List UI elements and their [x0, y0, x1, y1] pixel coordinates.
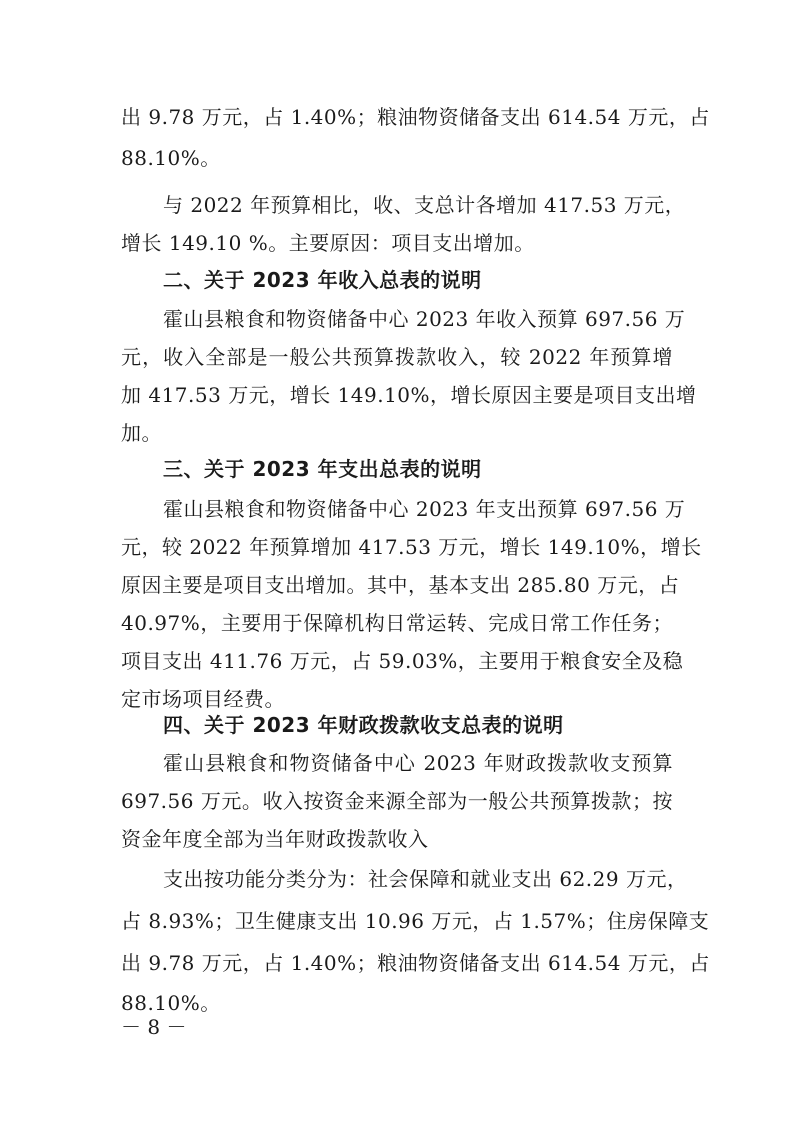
body-text-line: 与 2022 年预算相比，收、支总计各增加 417.53 万元，	[163, 191, 673, 219]
body-text-line: 项目支出 411.76 万元，占 59.03%，主要用于粮食安全及稳	[121, 647, 673, 675]
body-text-line: 加 417.53 万元，增长 149.10%，增长原因主要是项目支出增	[121, 381, 673, 409]
body-text-line: 697.56 万元。收入按资金来源全部为一般公共预算拨款；按	[121, 787, 673, 815]
body-text-line: 出 9.78 万元，占 1.40%；粮油物资储备支出 614.54 万元，占	[121, 103, 673, 131]
section-heading-expenditure: 三、关于 2023 年支出总表的说明	[163, 455, 482, 483]
body-text-line: 元，较 2022 年预算增加 417.53 万元，增长 149.10%，增长	[121, 533, 673, 561]
body-text-line: 霍山县粮食和物资储备中心 2023 年支出预算 697.56 万	[163, 495, 673, 523]
page-number: － 8 －	[121, 1013, 186, 1041]
body-text-line: 88.10%。	[121, 144, 673, 172]
body-text-line: 加。	[121, 419, 673, 447]
body-text-line: 增长 149.10 %。主要原因：项目支出增加。	[121, 229, 673, 257]
body-text-line: 定市场项目经费。	[121, 685, 673, 713]
section-heading-income: 二、关于 2023 年收入总表的说明	[163, 266, 482, 294]
body-text-line: 元，收入全部是一般公共预算拨款收入，较 2022 年预算增	[121, 343, 673, 371]
body-text-line: 霍山县粮食和物资储备中心 2023 年收入预算 697.56 万	[163, 305, 673, 333]
body-text-line: 88.10%。	[121, 989, 673, 1017]
body-text-line: 原因主要是项目支出增加。其中，基本支出 285.80 万元，占	[121, 571, 673, 599]
body-text-line: 占 8.93%；卫生健康支出 10.96 万元，占 1.57%；住房保障支	[121, 907, 673, 935]
body-text-line: 支出按功能分类分为：社会保障和就业支出 62.29 万元，	[163, 865, 673, 893]
section-heading-fiscal-appropriation: 四、关于 2023 年财政拨款收支总表的说明	[163, 711, 564, 739]
document-page: 出 9.78 万元，占 1.40%；粮油物资储备支出 614.54 万元，占 8…	[0, 0, 793, 1122]
body-text-line: 资金年度全部为当年财政拨款收入	[121, 825, 673, 853]
body-text-line: 40.97%，主要用于保障机构日常运转、完成日常工作任务；	[121, 609, 673, 637]
body-text-line: 霍山县粮食和物资储备中心 2023 年财政拨款收支预算	[163, 749, 673, 777]
body-text-line: 出 9.78 万元，占 1.40%；粮油物资储备支出 614.54 万元，占	[121, 949, 673, 977]
